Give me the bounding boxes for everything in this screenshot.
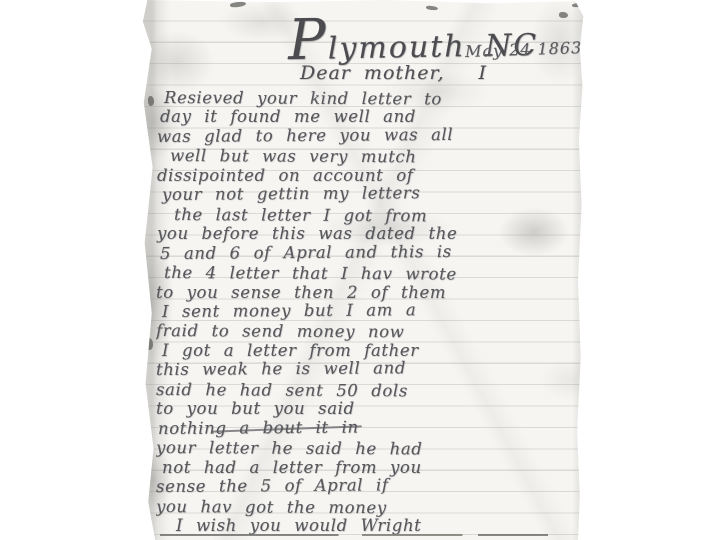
- letter-line: I wish you would Wright: [176, 516, 578, 535]
- letter-line: Resieved your kind letter to: [164, 88, 578, 110]
- letter-line: nothing a bout it in: [158, 416, 578, 438]
- letter-line: the 4 letter that I hav wrote: [164, 263, 578, 285]
- letter-date: May 24 1863: [464, 38, 582, 61]
- letter-line: fraid to send money now: [156, 321, 578, 343]
- letter-line: the last letter I got from: [174, 205, 578, 227]
- paper-speck: [146, 338, 153, 350]
- letter-salutation-row: Dear mother,I: [300, 62, 487, 84]
- letter-line: 5 and 6 of Apral and this is: [160, 241, 578, 263]
- letter-line: you hav got the money: [156, 497, 578, 519]
- letter-line: said he had sent 50 dols: [156, 380, 578, 402]
- letter-line: this weak he is well and: [156, 357, 578, 379]
- paper-speck: [230, 1, 247, 8]
- paper-speck: [148, 96, 154, 106]
- letter-line: I sent money but I am a: [162, 299, 578, 321]
- letter-salutation: Dear mother,: [300, 62, 445, 84]
- letter-body: Resieved your kind letter today it found…: [156, 88, 578, 540]
- letter-line: well but was very mutch: [170, 146, 578, 168]
- paper-speck: [572, 2, 586, 7]
- letter-line: sense the 5 of Apral if: [156, 474, 578, 496]
- paper-bottom-edge: [160, 534, 548, 536]
- letter-line: your not gettin my letters: [162, 182, 578, 204]
- paper-speck: [559, 12, 568, 18]
- letter-paper: Plymouth NC May 24 1863 Dear mother,I Re…: [142, 0, 586, 540]
- letter-line: was glad to here you was all: [157, 124, 578, 146]
- letter-line: your letter he said he had: [156, 438, 578, 460]
- scanned-letter-canvas: Plymouth NC May 24 1863 Dear mother,I Re…: [0, 0, 720, 540]
- letter-salutation-tail: I: [479, 62, 488, 84]
